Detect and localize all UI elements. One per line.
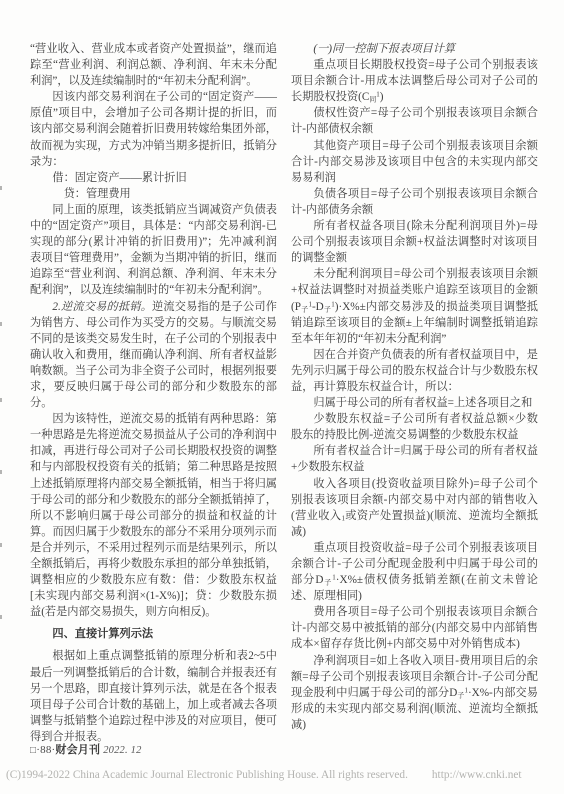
formula-paragraph: 少数股东权益=子公司所有者权益总额×少数股东的持股比例-逆流交易调整的少数股东权…: [291, 411, 538, 443]
scan-artifact: [0, 615, 2, 619]
scan-artifact: [0, 398, 2, 402]
formula-paragraph: 所有者权益各项目(除未分配利润项目外)=母公司个别报表该项目余额+权益法调整时对…: [291, 218, 538, 266]
scan-artifact: [0, 322, 2, 326]
cnki-url: http://www.cnki.net: [432, 769, 522, 781]
copyright-text: (C)1994-2022 China Academic Journal Elec…: [6, 769, 408, 781]
journal-entry-credit: 贷：管理费用: [30, 186, 277, 202]
subsection-heading: (一)同一控制下报表项目计算: [291, 41, 538, 57]
page-number: ·88·: [36, 744, 55, 756]
right-column: (一)同一控制下报表项目计算重点项目长期股权投资=母子公司个别报表该项目余额合计…: [291, 41, 538, 745]
formula-paragraph: 负债各项目=母子公司个别报表该项目余额合计-内部债务余额: [291, 186, 538, 218]
section-heading: 四、直接计算列示法: [30, 626, 277, 642]
formula-paragraph: 所有者权益合计=归属于母公司的所有者权益+少数股东权益: [291, 443, 538, 475]
two-column-text: “营业收入、营业成本或者资产处置损益”，继而追踪至“营业利润、利润总额、净利润、…: [30, 41, 538, 745]
formula-paragraph: 其他资产项目=母子公司个别报表该项目余额合计-内部交易涉及该项目中包含的未实现内…: [291, 138, 538, 186]
issue-date: 2022. 12: [103, 745, 141, 756]
journal-entry-debit: 借：固定资产——累计折旧: [30, 170, 277, 186]
formula-paragraph: 未分配利润项目=母公司个别报表该项目余额+权益法调整时对损益类账户追踪至该项目的…: [291, 266, 538, 346]
paragraph: 同上面的原理，该类抵销应当调减资产负债表中的“固定资产”项目，具体是：“内部交易…: [30, 202, 277, 299]
scan-artifact: [0, 543, 2, 547]
formula-paragraph: 归属于母公司的所有者权益=上述各项目之和: [291, 395, 538, 411]
formula-paragraph: 重点项目长期股权投资=母子公司个别报表该项目余额合计-用成本法调整后母公司对子公…: [291, 57, 538, 105]
paragraph: 因该内部交易利润在子公司的“固定资产——原值”项目中，会增加子公司各期计提的折旧…: [30, 89, 277, 169]
paragraph: 根据如上重点调整抵销的原理分析和表2~5中最后一列调整抵销后的合计数，编制合并报…: [30, 648, 277, 745]
journal-title: 财会月刊: [55, 744, 100, 756]
paragraph-numbered: 2.逆流交易的抵销。逆流交易指的是子公司作为销售方、母公司作为买受方的交易。与顺…: [30, 299, 277, 412]
copyright-line: (C)1994-2022 China Academic Journal Elec…: [6, 769, 558, 781]
scan-artifact: [0, 186, 2, 190]
formula-paragraph: 收入各项目(投资收益项目除外)=母子公司个别报表该项目余额-内部交易中对内部的销…: [291, 476, 538, 540]
paragraph-continuation: “营业收入、营业成本或者资产处置损益”，继而追踪至“营业利润、利润总额、净利润、…: [30, 41, 277, 89]
page-footer: □·88·财会月刊2022. 12: [30, 741, 142, 757]
formula-paragraph: 费用各项目=母子公司个别报表该项目余额合计-内部交易中被抵销的部分(内部交易中内…: [291, 604, 538, 652]
paragraph: 因为该特性，逆流交易的抵销有两种思路：第一种思路是先将逆流交易损益从子公司的净利…: [30, 411, 277, 620]
paragraph: 因在合并资产负债表的所有者权益项目中，是先列示归属于母公司的股东权益合计与少数股…: [291, 347, 538, 395]
journal-page: “营业收入、营业成本或者资产处置损益”，继而追踪至“营业利润、利润总额、净利润、…: [0, 0, 564, 794]
scan-artifact: [0, 470, 2, 474]
formula-paragraph: 重点项目投资收益=母子公司个别报表该项目余额合计-子公司分配现金股利中归属于母公…: [291, 540, 538, 604]
formula-paragraph: 债权性资产=母子公司个别报表该项目余额合计-内部债权余额: [291, 105, 538, 137]
formula-paragraph: 净利润项目=如上各收入项目-费用项目后的余额=母子公司个别报表该项目余额合计-子…: [291, 653, 538, 733]
left-column: “营业收入、营业成本或者资产处置损益”，继而追踪至“营业利润、利润总额、净利润、…: [30, 41, 277, 745]
